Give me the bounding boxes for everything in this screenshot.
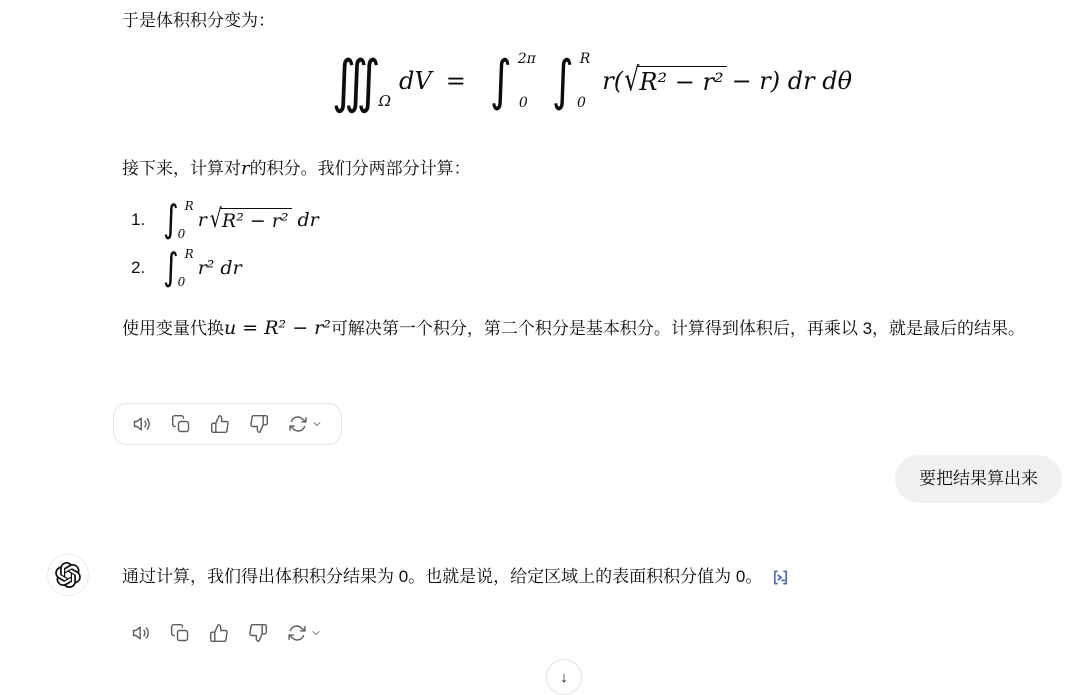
lower-limit: 0 [573, 96, 591, 110]
lower-limit: 0 [178, 228, 194, 240]
chevron-down-icon [310, 627, 322, 639]
openai-logo-icon [55, 562, 81, 588]
intro-text: 于是体积积分变为： [122, 11, 275, 30]
message-actions-toolbar [131, 623, 322, 643]
list-item: 2. ∫ R0 r² dr [131, 244, 319, 292]
thumbs-down-icon [249, 414, 269, 434]
scroll-to-bottom-button[interactable]: ↓ [546, 659, 582, 675]
arrow-down-icon: ↓ [560, 669, 568, 676]
terminal-reference-icon [770, 567, 791, 588]
radicand: R² − r² [637, 66, 726, 96]
integral-sign: ∫ [552, 54, 574, 109]
user-message-bubble: 要把结果算出来 [895, 455, 1062, 503]
regenerate-button[interactable] [288, 414, 323, 434]
text-segment: 可解决第一个积分，第二个积分是基本积分。计算得到体积后，再乘以 3，就是最后的结… [331, 319, 1025, 338]
assistant-paragraph-2: 接下来，计算对r的积分。我们分两部分计算： [122, 156, 471, 181]
thumbs-down-button[interactable] [248, 623, 268, 643]
square-root: √ R² − r² [210, 208, 292, 232]
upper-limit: 2π [518, 52, 536, 66]
square-root: √ R² − r² [624, 66, 726, 96]
read-aloud-icon [131, 623, 151, 643]
list-item: 1. ∫ R0 r √ R² − r² dr [131, 196, 319, 244]
thumbs-down-button[interactable] [249, 414, 269, 434]
message-actions-toolbar [113, 403, 342, 445]
sqrt-sign: √ [210, 204, 222, 236]
integral-domain: Ω [379, 92, 391, 110]
thumbs-up-button[interactable] [210, 414, 230, 434]
copy-icon [170, 623, 190, 643]
read-aloud-button[interactable] [131, 623, 151, 643]
upper-limit: R [185, 248, 194, 260]
integral: ∫ R0 [163, 248, 194, 288]
list-number: 2. [131, 258, 163, 278]
assistant-message-2: 通过计算，我们得出体积积分结果为 0。也就是说，给定区域上的表面积积分值为 0。 [122, 564, 791, 590]
integral: ∫ R0 [163, 200, 194, 240]
inner-integral: ∫ R0 [552, 52, 590, 110]
read-aloud-button[interactable] [132, 414, 152, 434]
triple-integral-sign: ∭ [332, 52, 381, 110]
upper-limit: R [580, 52, 591, 66]
display-formula: ∭ Ω dV = ∫ 2π0 ∫ R0 r( √ R² − r² − r) dr… [122, 52, 1062, 110]
regenerate-icon [288, 414, 308, 434]
copy-icon [171, 414, 191, 434]
integral-list: 1. ∫ R0 r √ R² − r² dr 2. ∫ R0 r² dr [131, 196, 319, 292]
equals-sign: = [446, 67, 466, 95]
lower-limit: 0 [178, 276, 194, 288]
copy-button[interactable] [171, 414, 191, 434]
copy-button[interactable] [170, 623, 190, 643]
integrand: r² dr [198, 257, 242, 279]
inline-math-r: r [241, 158, 250, 179]
thumbs-up-icon [210, 414, 230, 434]
text-segment: 接下来，计算对 [122, 159, 241, 178]
integral-sign: ∫ [490, 54, 512, 109]
assistant-message-text: 通过计算，我们得出体积积分结果为 0。也就是说，给定区域上的表面积积分值为 0。 [122, 564, 762, 590]
text-segment: 使用变量代换 [122, 319, 224, 338]
integrand-post: dr [298, 209, 319, 231]
integral-sign: ∫ [163, 249, 179, 287]
thumbs-up-button[interactable] [209, 623, 229, 643]
integrand-pre: r( [602, 67, 623, 95]
upper-limit: R [185, 200, 194, 212]
user-message-text: 要把结果算出来 [919, 469, 1038, 488]
triple-integral: ∭ Ω [332, 58, 393, 104]
regenerate-icon [287, 623, 307, 643]
assistant-intro-text: 于是体积积分变为： [122, 8, 275, 33]
inline-math-u: u = R² − r² [224, 317, 331, 339]
integrand-pre: r [198, 209, 207, 231]
thumbs-down-icon [248, 623, 268, 643]
assistant-paragraph-3: 使用变量代换u = R² − r²可解决第一个积分，第二个积分是基本积分。计算得… [122, 310, 1067, 347]
list-number: 1. [131, 210, 163, 230]
thumbs-up-icon [209, 623, 229, 643]
integral-sign: ∫ [163, 201, 179, 239]
read-aloud-icon [132, 414, 152, 434]
outer-integral: ∫ 2π0 [490, 52, 536, 110]
text-segment: 的积分。我们分两部分计算： [250, 159, 471, 178]
chevron-down-icon [311, 418, 323, 430]
terminal-reference-badge[interactable] [770, 567, 791, 588]
assistant-avatar [47, 554, 89, 596]
lower-limit: 0 [511, 96, 536, 110]
integrand-dV: dV [399, 67, 432, 95]
integrand-post: − r) dr dθ [732, 67, 852, 95]
radicand: R² − r² [220, 208, 292, 232]
sqrt-sign: √ [624, 61, 639, 102]
regenerate-button[interactable] [287, 623, 322, 643]
